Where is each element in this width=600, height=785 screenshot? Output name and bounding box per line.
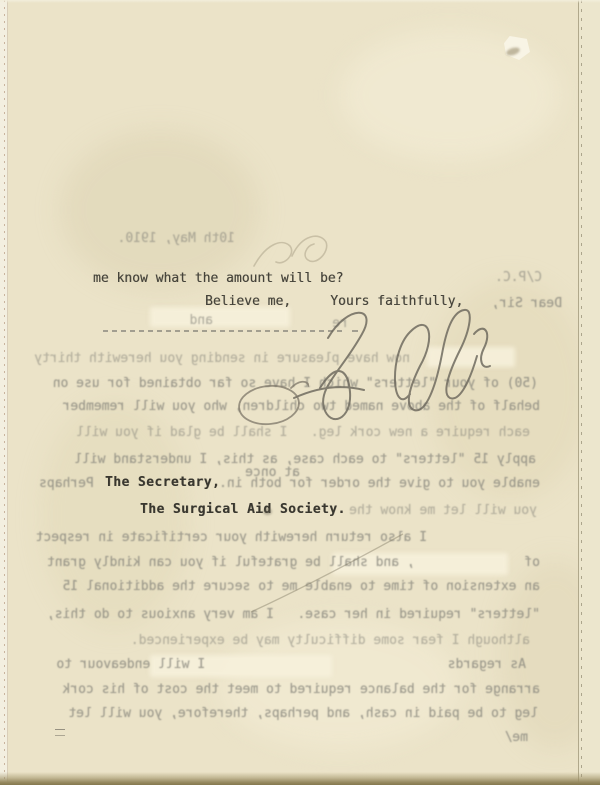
bleed-body-line: of , and shall be grateful if you can ki… (47, 556, 540, 570)
typed-line-amount: me know what the amount will be? (93, 272, 343, 286)
bleed-body-line: apply 15 "letters" to each case, as this… (74, 453, 536, 467)
ink-smudge (263, 508, 272, 515)
bleed-body-line: an extension of time to enable me to sec… (63, 580, 540, 594)
scan-edge-top (0, 0, 600, 3)
bleed-body-line: "letters" required in her case. I am ver… (47, 608, 540, 622)
scanned-letter-page: 10th May, 1910. C/P.C. Dear Sir, re and … (0, 0, 600, 785)
bleed-body-line: now have pleasure in sending you herewit… (34, 352, 410, 366)
typed-line-secretary: The Secretary, (105, 476, 220, 490)
bleed-body-line: leg to be paid in cash, and perhaps, the… (68, 707, 538, 721)
dashed-rule-end (352, 330, 358, 332)
bleed-salutation-line: Dear Sir, (492, 297, 562, 311)
page-edge-speckle (581, 0, 582, 785)
bleed-page-mark: me/ (505, 731, 528, 745)
pencil-mark (55, 729, 65, 736)
bleed-body-line: arrange for the balance required to meet… (63, 683, 540, 697)
scan-edge-bottom (0, 772, 600, 785)
bleed-body-line: behalf of the above named two children, … (63, 400, 540, 414)
dashed-rule (103, 330, 345, 332)
bleed-body-line: I also return herewith your certificate … (36, 531, 427, 545)
bleed-body-line: each require a new cork leg. I shall be … (76, 426, 530, 440)
bleed-through-text-block: 10th May, 1910. C/P.C. Dear Sir, re and … (30, 0, 570, 785)
bleed-body-line: As regards I will endeavour to (56, 658, 526, 672)
bleed-fragment-and: and (190, 314, 213, 328)
bleed-body-line: although I fear some difficulty may be e… (131, 634, 530, 648)
binding-seam (4, 0, 5, 785)
typed-line-valediction: Believe me, Yours faithfully, (205, 295, 463, 309)
typed-line-society: The Surgical Aid Society. (140, 503, 346, 517)
bleed-reference-line: C/P.C. (495, 271, 542, 285)
bleed-fragment-re: re (332, 317, 348, 331)
bleed-body-line: (50) of your "letters" which I have so f… (53, 377, 538, 391)
bleed-body-line: you will let me know the (349, 504, 537, 518)
bleed-date-line: 10th May, 1910. (118, 232, 235, 246)
